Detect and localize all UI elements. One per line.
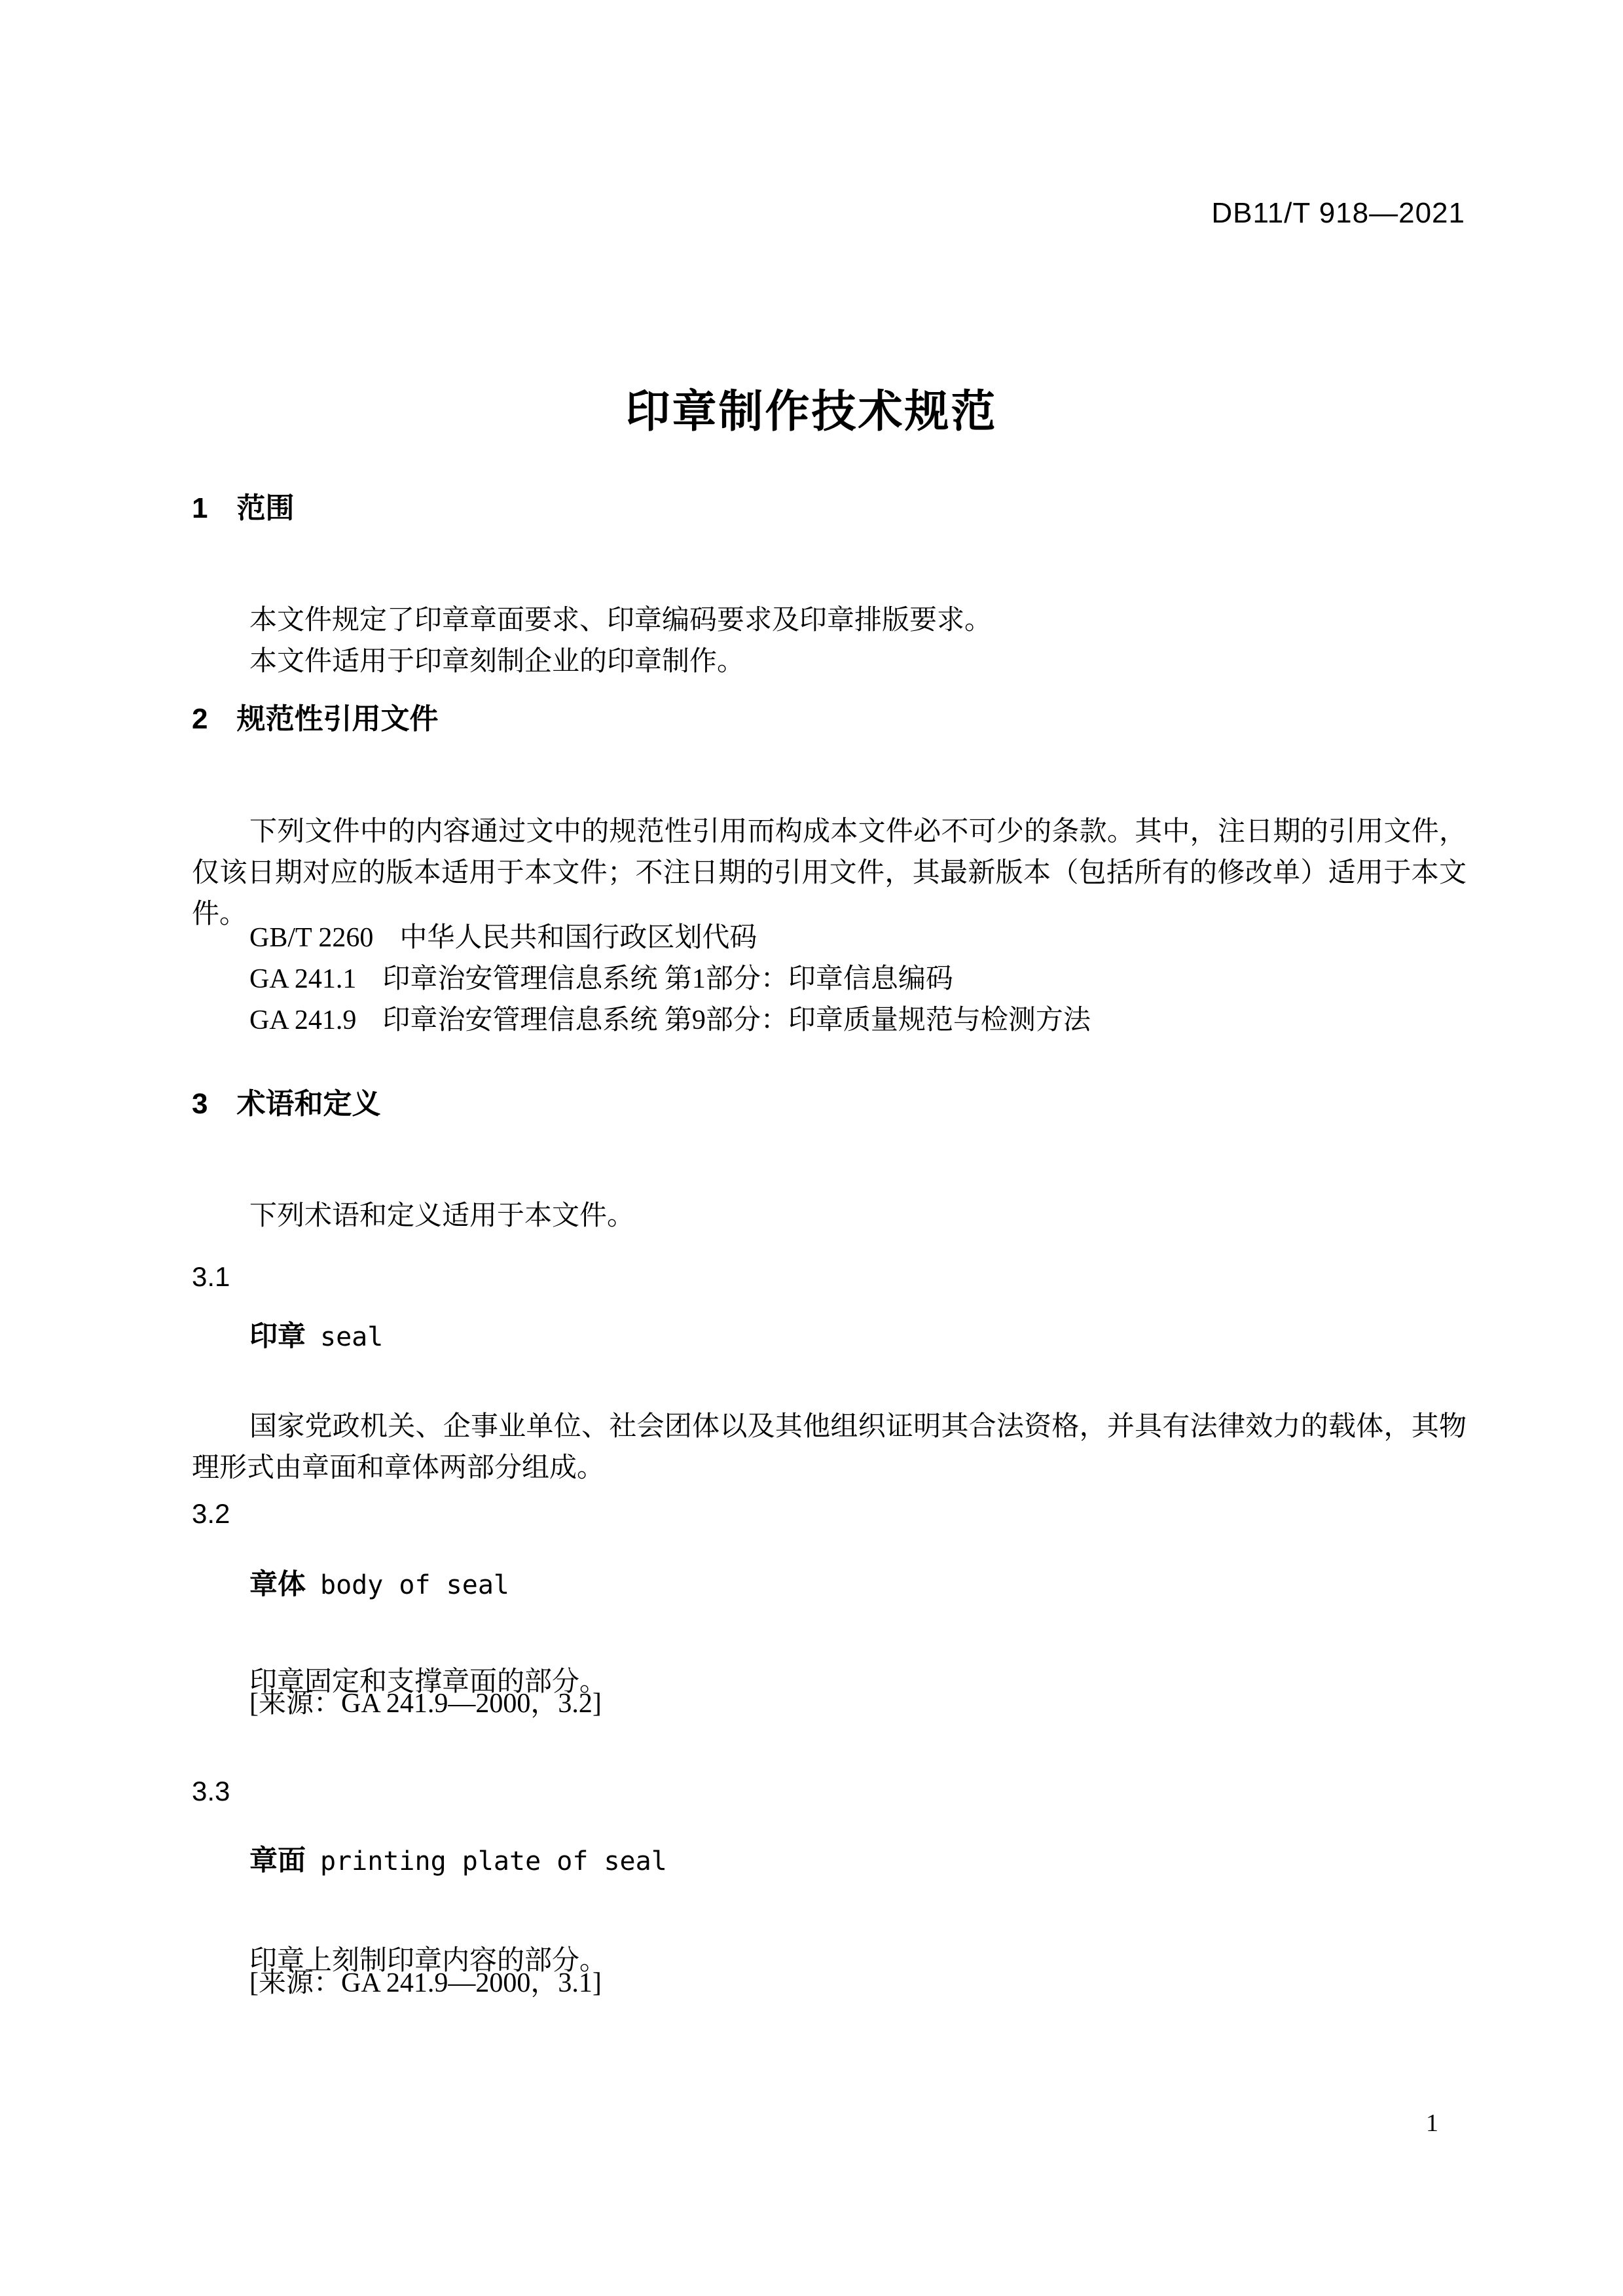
- page-number: 1: [1426, 2111, 1438, 2136]
- term-3-3-zh: 章面: [249, 1845, 306, 1876]
- reference-code: GB/T 2260: [249, 923, 373, 953]
- reference-item: GB/T 2260中华人民共和国行政区划代码: [249, 918, 1467, 959]
- reference-code: GA 241.1: [249, 964, 356, 994]
- section-3-heading: 3术语和定义: [192, 1087, 380, 1122]
- reference-title: 中华人民共和国行政区划代码: [399, 923, 757, 953]
- normative-refs-intro: 下列文件中的内容通过文中的规范性引用而构成本文件必不可少的条款。其中，注日期的引…: [192, 812, 1467, 935]
- term-3-1-zh: 印章: [249, 1321, 306, 1352]
- section-3-number: 3: [192, 1087, 208, 1122]
- reference-item: GA 241.1印章治安管理信息系统 第1部分：印章信息编码: [249, 959, 1467, 1000]
- term-3-1-en: seal: [320, 1322, 383, 1352]
- term-3-3-number: 3.3: [192, 1774, 230, 1809]
- document-title: 印章制作技术规范: [0, 386, 1623, 439]
- section-2-heading: 2规范性引用文件: [192, 702, 438, 737]
- reference-title: 印章治安管理信息系统 第9部分：印章质量规范与检测方法: [382, 1005, 1091, 1035]
- term-3-3-source: [来源：GA 241.9—2000，3.1]: [192, 1963, 1467, 2004]
- term-3-2-source: [来源：GA 241.9—2000，3.2]: [192, 1683, 1467, 1725]
- term-3-2-zh: 章体: [249, 1569, 306, 1600]
- document-code: DB11/T 918—2021: [1211, 197, 1465, 230]
- term-3-1-number: 3.1: [192, 1260, 230, 1295]
- scope-paragraph-1: 本文件规定了印章章面要求、印章编码要求及印章排版要求。: [192, 600, 1467, 641]
- section-1-number: 1: [192, 492, 208, 526]
- term-3-2-heading: 章体body of seal: [249, 1568, 509, 1602]
- term-3-1-heading: 印章seal: [249, 1320, 383, 1354]
- term-3-1-definition: 国家党政机关、企事业单位、社会团体以及其他组织证明其合法资格，并具有法律效力的载…: [192, 1407, 1467, 1489]
- term-3-3-heading: 章面printing plate of seal: [249, 1844, 667, 1878]
- normative-reference-list: GB/T 2260中华人民共和国行政区划代码 GA 241.1印章治安管理信息系…: [192, 918, 1467, 1041]
- reference-item: GA 241.9印章治安管理信息系统 第9部分：印章质量规范与检测方法: [249, 1000, 1467, 1041]
- section-1-heading: 1范围: [192, 492, 294, 526]
- terms-intro: 下列术语和定义适用于本文件。: [192, 1196, 1467, 1237]
- section-3-label: 术语和定义: [236, 1088, 380, 1120]
- section-2-label: 规范性引用文件: [236, 703, 438, 735]
- reference-title: 印章治安管理信息系统 第1部分：印章信息编码: [382, 964, 953, 994]
- scope-paragraph-2: 本文件适用于印章刻制企业的印章制作。: [192, 641, 1467, 683]
- term-3-3-en: printing plate of seal: [320, 1846, 667, 1876]
- term-3-2-number: 3.2: [192, 1497, 230, 1532]
- section-2-number: 2: [192, 702, 208, 737]
- term-3-2-en: body of seal: [320, 1570, 509, 1600]
- section-1-label: 范围: [236, 492, 294, 524]
- reference-code: GA 241.9: [249, 1005, 356, 1035]
- document-page: DB11/T 918—2021 印章制作技术规范 1范围 本文件规定了印章章面要…: [0, 0, 1623, 2296]
